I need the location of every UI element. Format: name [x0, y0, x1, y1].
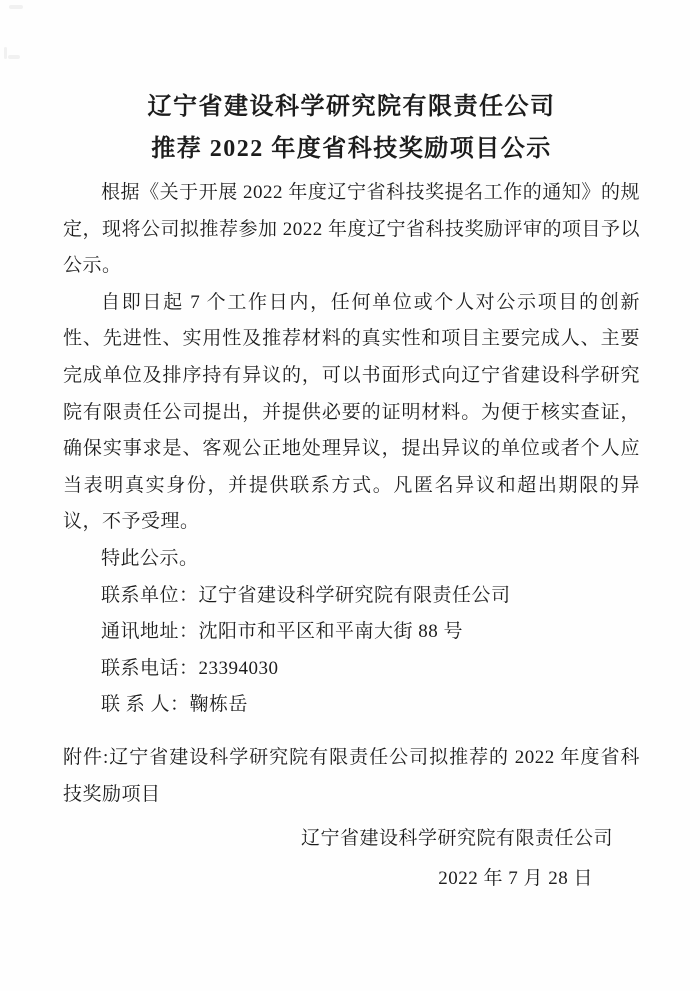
contact-person: 联 系 人：鞠栋岳 [63, 687, 640, 724]
title-line-1: 辽宁省建设科学研究院有限责任公司 [63, 86, 640, 128]
contact-address: 通讯地址：沈阳市和平区和平南大街 88 号 [63, 614, 640, 651]
signature-company: 辽宁省建设科学研究院有限责任公司 [63, 819, 640, 859]
paragraph-basis: 根据《关于开展 2022 年度辽宁省科技奖提名工作的通知》的规定，现将公司拟推荐… [63, 175, 640, 285]
contact-phone: 联系电话：23394030 [63, 651, 640, 688]
contact-block: 联系单位：辽宁省建设科学研究院有限责任公司 通讯地址：沈阳市和平区和平南大街 8… [63, 578, 640, 724]
attachment-note: 附件:辽宁省建设科学研究院有限责任公司拟推荐的 2022 年度省科技奖励项目 [63, 740, 640, 813]
title-line-2: 推荐 2022 年度省科技奖励项目公示 [63, 128, 640, 170]
signature-date: 2022 年 7 月 28 日 [63, 859, 640, 899]
document-page: 辽宁省建设科学研究院有限责任公司 推荐 2022 年度省科技奖励项目公示 根据《… [0, 0, 700, 991]
paragraph-objection-rules: 自即日起 7 个工作日内，任何单位或个人对公示项目的创新性、先进性、实用性及推荐… [63, 285, 640, 541]
scan-artifact [4, 47, 7, 59]
paragraph-closing: 特此公示。 [63, 541, 640, 578]
scan-artifact [9, 5, 23, 9]
scan-artifact [8, 55, 20, 59]
document-body: 根据《关于开展 2022 年度辽宁省科技奖提名工作的通知》的规定，现将公司拟推荐… [63, 175, 640, 899]
contact-unit: 联系单位：辽宁省建设科学研究院有限责任公司 [63, 578, 640, 615]
document-title: 辽宁省建设科学研究院有限责任公司 推荐 2022 年度省科技奖励项目公示 [63, 86, 640, 170]
